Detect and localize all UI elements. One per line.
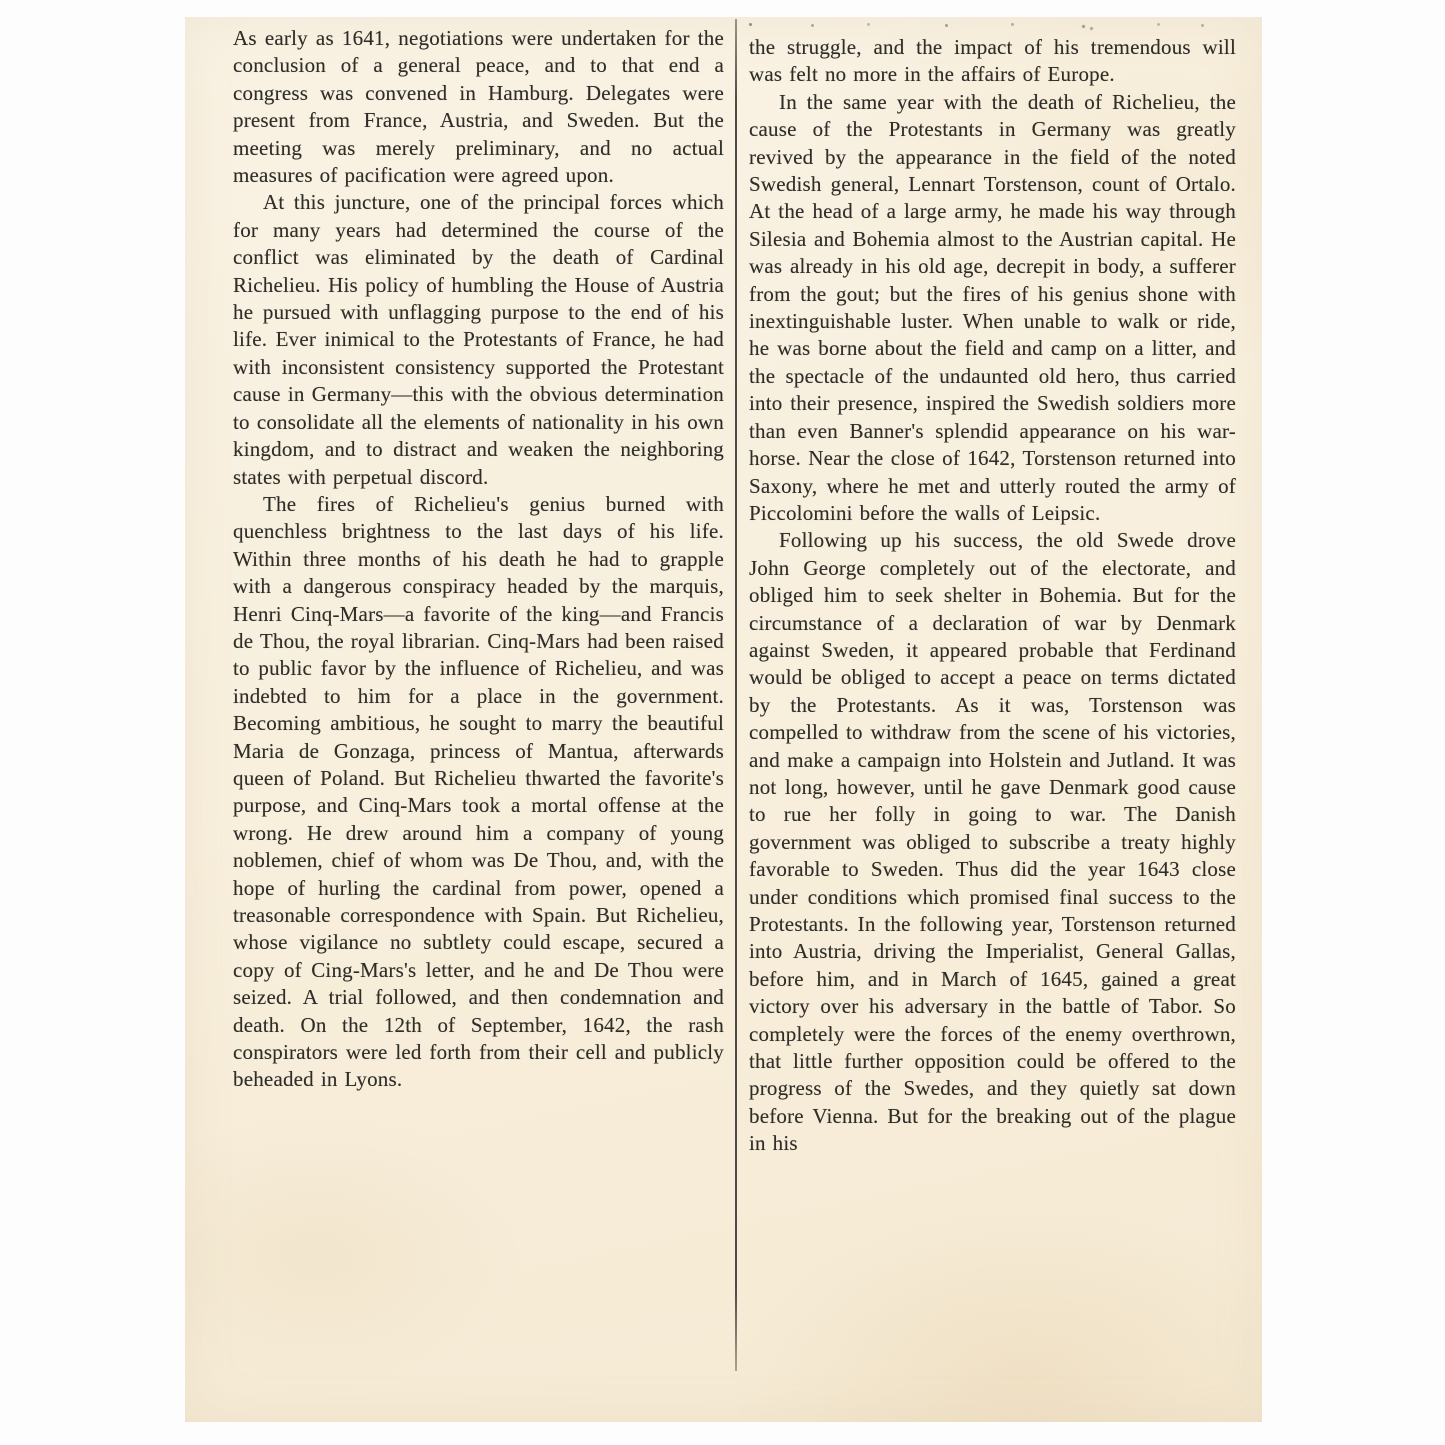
right-paragraph-2: In the same year with the death of Riche…	[749, 89, 1236, 528]
scan-background: As early as 1641, negotiations were unde…	[0, 0, 1445, 1445]
column-divider-rule	[735, 19, 737, 1371]
right-paragraph-continuation: the struggle, and the impact of his trem…	[749, 34, 1236, 89]
clipped-text-remnant	[749, 21, 1236, 34]
book-page: As early as 1641, negotiations were unde…	[185, 17, 1262, 1422]
left-paragraph-3: The fires of Richelieu's genius burned w…	[233, 491, 724, 1094]
right-column: the struggle, and the impact of his trem…	[749, 21, 1236, 1158]
left-paragraph-1: As early as 1641, negotiations were unde…	[233, 25, 724, 189]
left-paragraph-2: At this juncture, one of the principal f…	[233, 189, 724, 490]
left-column: As early as 1641, negotiations were unde…	[233, 25, 724, 1094]
right-paragraph-3: Following up his success, the old Swede …	[749, 527, 1236, 1157]
